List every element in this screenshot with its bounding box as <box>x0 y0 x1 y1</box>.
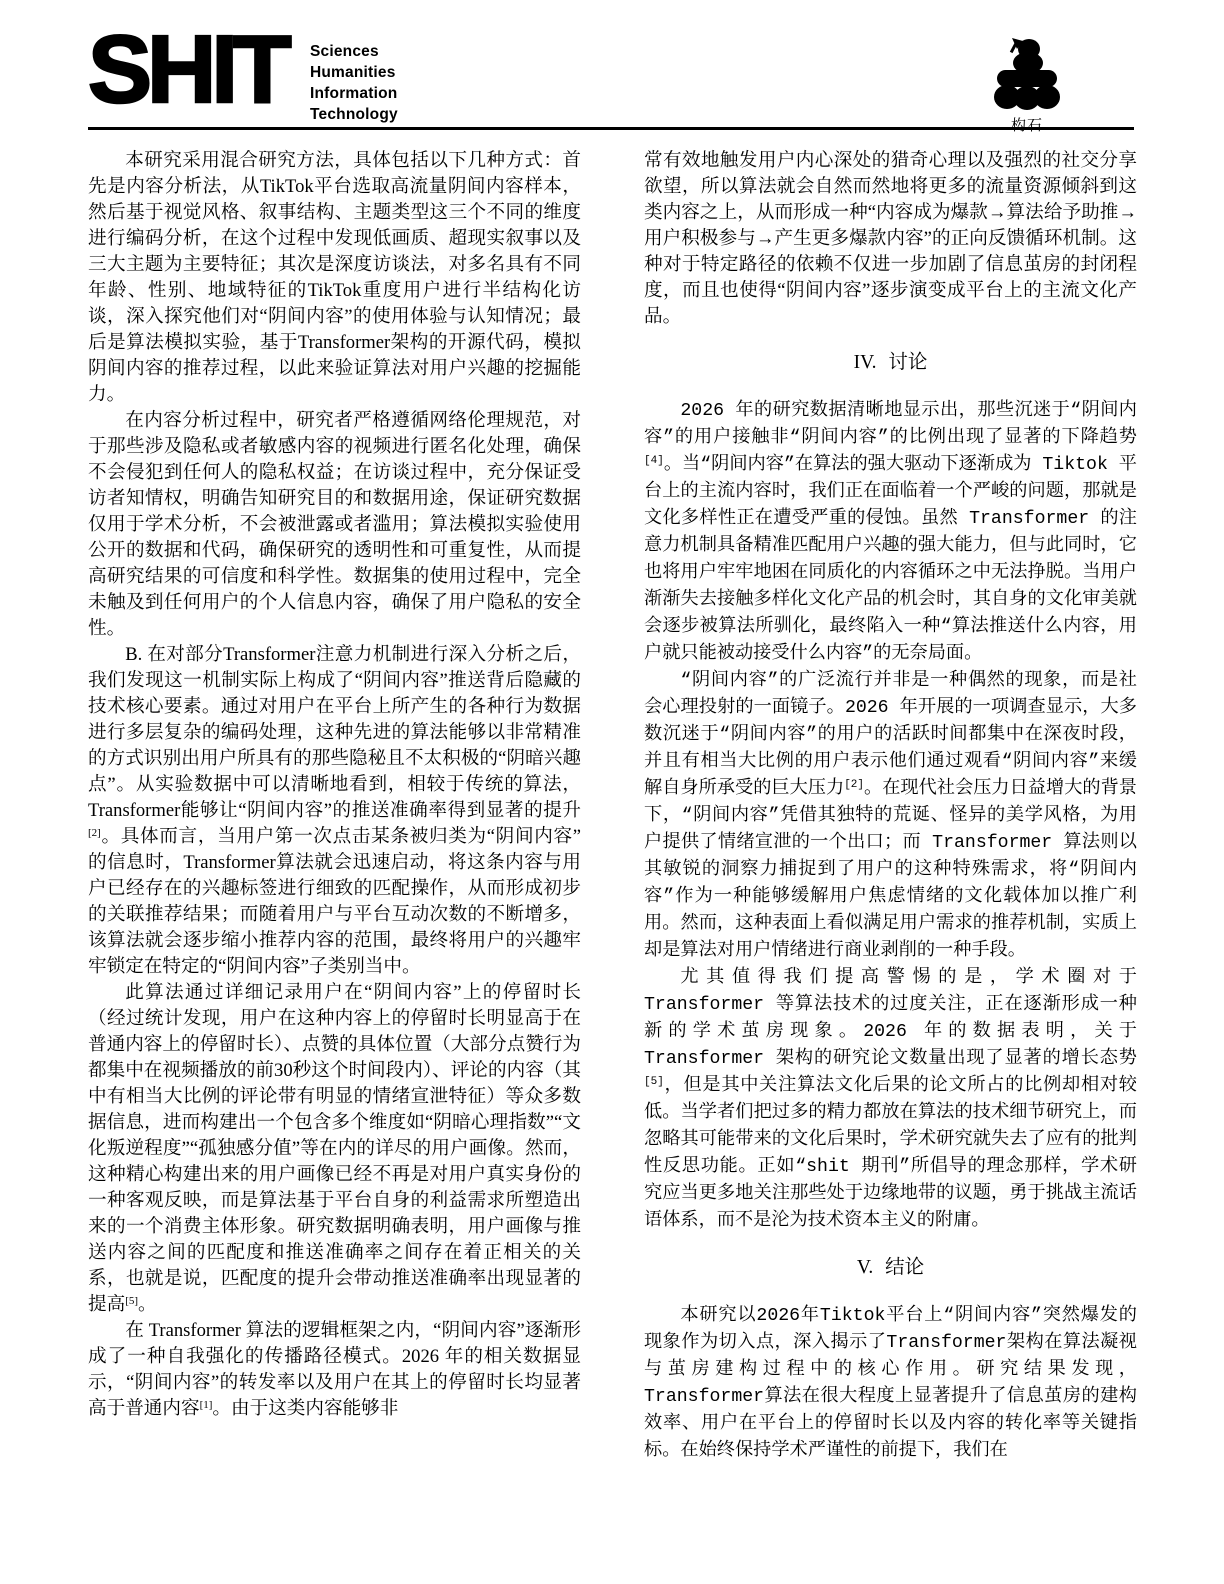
body-paragraph: B. 在对部分Transformer注意力机制进行深入分析之后，我们发现这一机制… <box>88 642 581 980</box>
citation-ref: [1] <box>200 1399 213 1411</box>
body-paragraph: 在内容分析过程中，研究者严格遵循网络伦理规范，对于那些涉及隐私或者敏感内容的视频… <box>88 408 581 642</box>
citation-ref: [4] <box>644 455 664 467</box>
citation-ref: [2] <box>844 779 864 791</box>
left-column: 本研究采用混合研究方法，具体包括以下几种方式：首先是内容分析法，从TikTok平… <box>88 148 581 1422</box>
body-paragraph: 此算法通过详细记录用户在“阴间内容”上的停留时长（经过统计发现，用户在这种内容上… <box>88 980 581 1318</box>
journal-logo: SHIT <box>88 28 287 112</box>
body-paragraph: 在 Transformer 算法的逻辑框架之内，“阴间内容”逐渐形成了一种自我强… <box>88 1318 581 1422</box>
section-heading: IV. 讨论 <box>644 350 1137 376</box>
body-paragraph: “阴间内容”的广泛流行并非是一种偶然的现象，而是社会心理投射的一面镜子。2026… <box>644 668 1137 965</box>
right-column: 常有效地触发用户内心深处的猎奇心理以及强烈的社交分享欲望，所以算法就会自然而然地… <box>644 148 1137 1465</box>
citation-ref: [2] <box>88 827 101 839</box>
journal-word: Sciences <box>310 41 398 62</box>
journal-emblem: 构石 <box>984 36 1070 135</box>
body-paragraph: 常有效地触发用户内心深处的猎奇心理以及强烈的社交分享欲望，所以算法就会自然而然地… <box>644 148 1137 330</box>
journal-page: SHIT Sciences Humanities Information Tec… <box>0 0 1224 1584</box>
stone-pile-icon <box>987 36 1067 114</box>
body-paragraph: 尤其值得我们提高警惕的是，学术圈对于 Transformer 等算法技术的过度关… <box>644 965 1137 1235</box>
header-divider <box>88 127 1134 130</box>
journal-word: Technology <box>310 104 398 125</box>
journal-word: Information <box>310 83 398 104</box>
citation-ref: [5] <box>644 1076 664 1088</box>
body-paragraph: 本研究以2026年Tiktok平台上“阴间内容”突然爆发的现象作为切入点，深入揭… <box>644 1303 1137 1465</box>
citation-ref: [5] <box>125 1295 138 1307</box>
journal-word: Humanities <box>310 62 398 83</box>
masthead: SHIT Sciences Humanities Information Tec… <box>88 28 287 124</box>
section-heading: V. 结论 <box>644 1255 1137 1281</box>
body-paragraph: 2026 年的研究数据清晰地显示出，那些沉迷于“阴间内容”的用户接触非“阴间内容… <box>644 398 1137 668</box>
journal-name-words: Sciences Humanities Information Technolo… <box>310 41 398 125</box>
body-paragraph: 本研究采用混合研究方法，具体包括以下几种方式：首先是内容分析法，从TikTok平… <box>88 148 581 408</box>
emblem-caption: 构石 <box>984 114 1070 135</box>
